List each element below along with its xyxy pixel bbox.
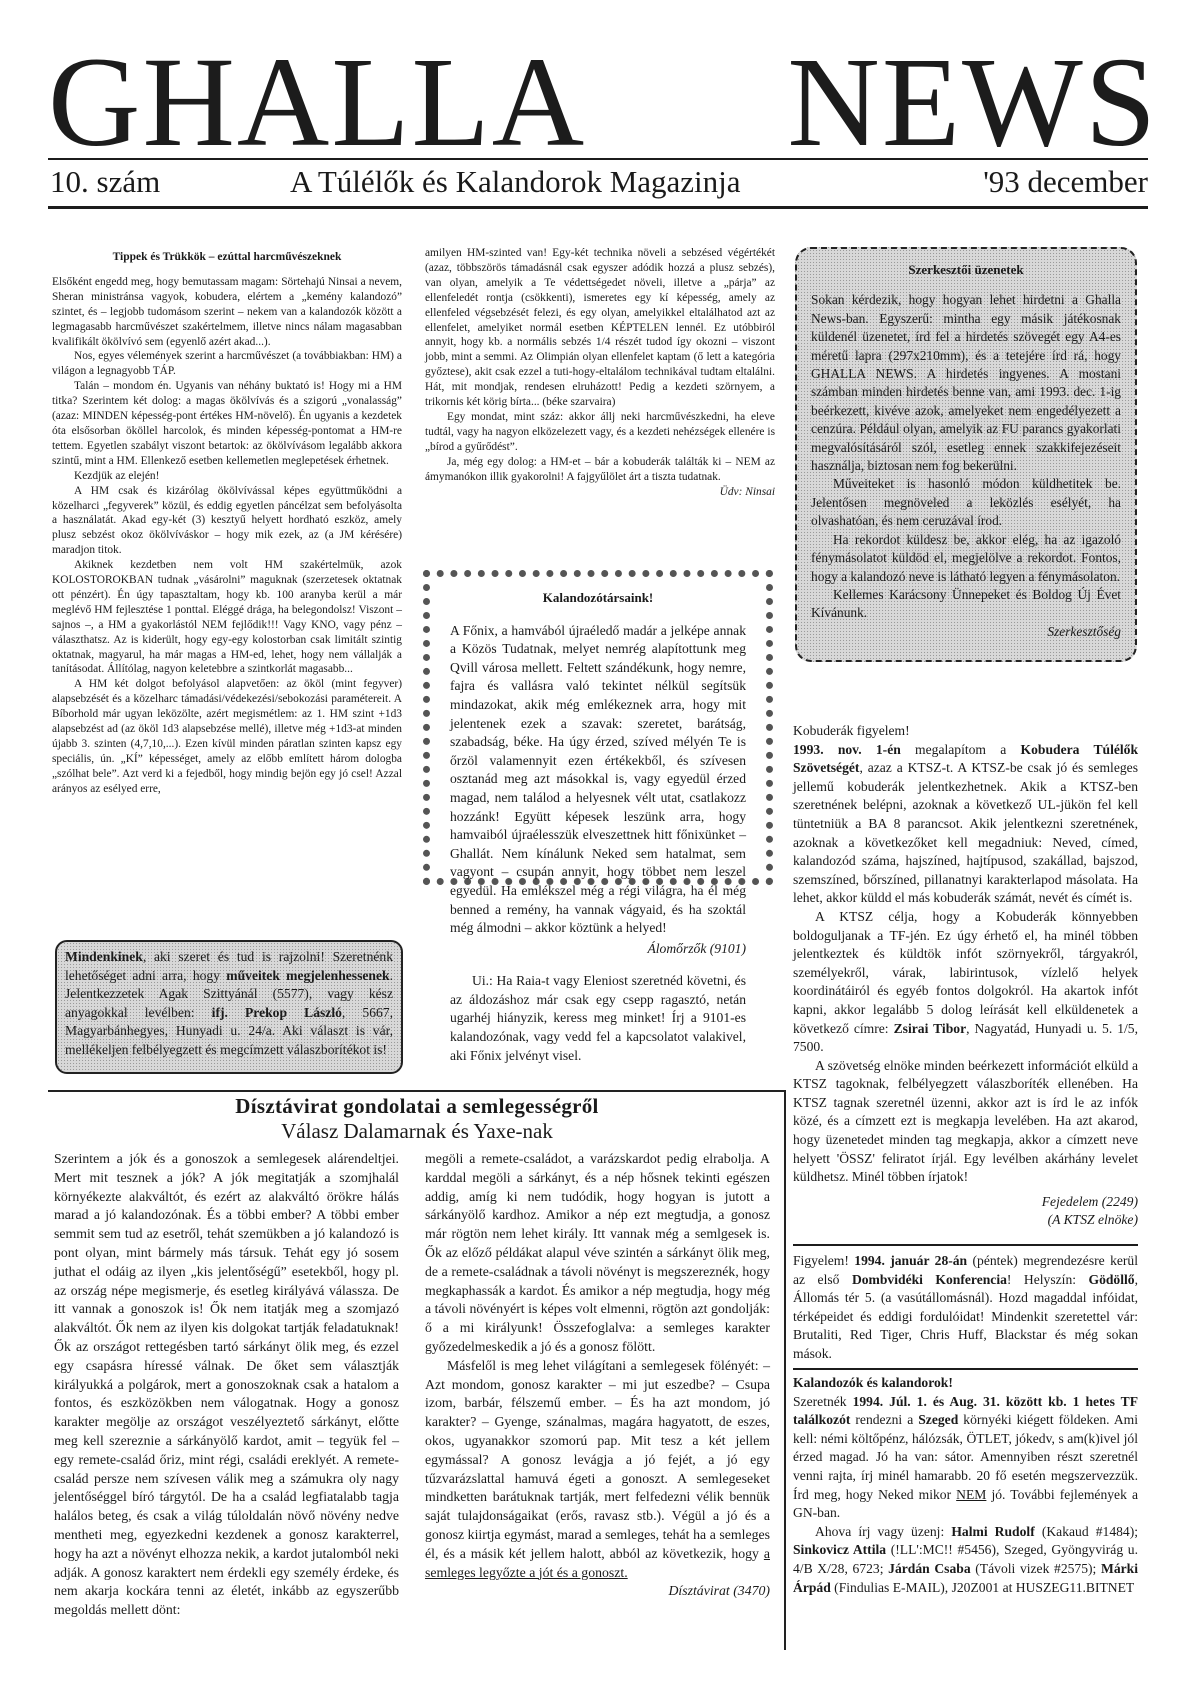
neutrality-paragraph: megöli a remete-családot, a varázskardot… [425,1150,770,1357]
tips-article: Tippek és Trükkök – ezúttal harcművészek… [52,250,402,797]
ktsz-date: 1993. nov. 1-én [793,742,901,757]
ktsz-paragraph: A KTSZ célja, hogy a Kobuderák könnyebbe… [793,908,1138,1057]
masthead-word-ghalla: GHALLA [48,42,586,162]
editorial-box: Szerkesztői üzenetek Sokan kérdezik, hog… [795,247,1137,662]
kalandozotarsaink-signature: Álomőrzők (9101) [450,940,746,959]
conference-text-part: Figyelem! [793,1253,854,1268]
neutrality-text: Másfelől is meg lehet világítani a semle… [425,1358,770,1561]
tips-paragraph: Talán – mondom én. Ugyanis van néhány bu… [52,379,402,468]
mindenkinek-contact-name: ifj. Prekop László [212,1005,342,1020]
divider [793,1244,1138,1246]
neutrality-subtitle: Válasz Dalamarnak és Yaxe-nak [48,1119,786,1144]
tips-paragraph: A HM csak és kizárólag ökölvívással képe… [52,484,402,559]
ktsz-text: megalapítom a [901,742,1021,757]
neutrality-right-column: megöli a remete-családot, a varázskardot… [425,1150,770,1601]
ktsz-article: Kobuderák figyelem! 1993. nov. 1-én mega… [793,722,1138,1230]
mindenkinek-bold: műveitek megjelenhessenek [226,968,389,983]
ktsz-paragraph: A szövetség elnöke minden beérkezett inf… [793,1057,1138,1187]
ktsz-text: , azaz a KTSZ-t. A KTSZ-be csak jó és se… [793,760,1138,905]
kalandozotarsaink-text: A Főnix, a hamvából újraéledő madár a je… [450,622,746,938]
editorial-paragraph: Kellemes Karácsony Ünnepeket és Boldog Ú… [811,586,1121,623]
editorial-paragraph: Műveiteket is hasonló módon küldhetitek … [811,475,1121,530]
kalandozotarsaink-postscript: Ui.: Ha Raia-t vagy Eleniost szeretnéd k… [450,972,746,1065]
conference-text: Figyelem! 1994. január 28-án (péntek) me… [793,1252,1138,1364]
neutrality-title: Dísztávirat gondolatai a semlegességről [48,1094,786,1119]
mindenkinek-lead: Mindenkinek [65,949,143,964]
meetup-text: Ahova írj vagy üzenj: [815,1524,951,1539]
tips-paragraph: Egy mondat, mint száz: akkor állj neki h… [425,410,775,455]
meetup-text: (Kakaud #1484); [1035,1524,1138,1539]
meetup-text: rendezni a [850,1412,918,1427]
meetup-notice: Kalandozók és kalandorok! Szeretnék 1994… [793,1374,1138,1597]
ktsz-signature-title: (A KTSZ elnöke) [793,1211,1138,1230]
tips-paragraph: A HM két dolgot befolyásol alapvetően: a… [52,677,402,796]
editorial-paragraph: Ha rekordot küldesz be, akkor elég, ha a… [811,531,1121,586]
conference-text-part: ! Helyszín: [1007,1272,1089,1287]
ktsz-intro: Kobuderák figyelem! [793,722,1138,741]
meetup-text: Szeretnék [793,1394,853,1409]
meetup-emphasis: NEM [956,1487,986,1502]
tips-signature: Üdv: Ninsai [425,485,775,500]
ktsz-signature: Fejedelem (2249) [793,1193,1138,1212]
tips-paragraph: Elsőként engedd meg, hogy bemutassam mag… [52,275,402,350]
masthead-rule-bottom [48,206,1148,209]
editorial-paragraph: Sokan kérdezik, hogy hogyan lehet hirdet… [811,291,1121,475]
conference-notice: Figyelem! 1994. január 28-án (péntek) me… [793,1252,1138,1364]
tips-paragraph: Ja, még egy dolog: a HM-et – bár a kobud… [425,455,775,485]
conference-location: Gödöllő [1089,1272,1135,1287]
ktsz-paragraph: 1993. nov. 1-én megalapítom a Kobudera T… [793,741,1138,908]
tips-heading: Tippek és Trükkök – ezúttal harcművészek… [52,250,402,265]
kalandozotarsaink-heading: Kalandozótársaink! [450,589,746,608]
issue-number: 10. szám [50,162,160,202]
editorial-heading: Szerkesztői üzenetek [811,261,1121,279]
meetup-heading: Kalandozók és kalandorok! [793,1374,1138,1393]
tips-paragraph: amilyen HM-szinted van! Egy-két technika… [425,246,775,410]
contact-name: Halmi Rudolf [951,1524,1034,1539]
neutrality-left-column: Szerintem a jók és a gonoszok a semleges… [54,1150,399,1620]
masthead-word-news: NEWS [787,42,1158,162]
issue-date: '93 december [983,162,1148,202]
ktsz-text: A KTSZ célja, hogy a Kobuderák könnyebbe… [793,909,1138,1036]
meetup-text: (Findulias E-MAIL), J20Z001 at HUSZEG11.… [831,1580,1134,1595]
tips-paragraph: Akiknek kezdetben nem volt HM szakértelm… [52,558,402,677]
tips-paragraph: Nos, egyes vélemények szerint a harcművé… [52,349,402,379]
ktsz-contact-name: Zsirai Tibor [894,1021,967,1036]
kalandozotarsaink-box: Kalandozótársaink! A Főnix, a hamvából ú… [423,570,773,885]
masthead-title: GHALLA NEWS [48,42,1158,162]
contact-name: Járdán Csaba [888,1561,970,1576]
divider [793,1368,1138,1370]
tagline: A Túlélők és Kalandorok Magazinja [290,162,741,202]
neutrality-signature: Dísztávirat (3470) [425,1582,770,1601]
mindenkinek-box: Mindenkinek, aki szeret és tud is rajzol… [55,940,403,1074]
meetup-paragraph: Szeretnék 1994. Júl. 1. és Aug. 31. közö… [793,1393,1138,1523]
neutrality-paragraph: Szerintem a jók és a gonoszok a semleges… [54,1150,399,1620]
conference-date: 1994. január 28-án [854,1253,967,1268]
meetup-contacts: Ahova írj vagy üzenj: Halmi Rudolf (Kaka… [793,1523,1138,1597]
neutrality-paragraph: Másfelől is meg lehet világítani a semle… [425,1357,770,1583]
meetup-text: (Távoli vizek #2575); [971,1561,1101,1576]
conference-name: Dombvidéki Konferencia [852,1272,1007,1287]
editorial-signature: Szerkesztőség [811,623,1121,641]
meetup-location: Szeged [918,1412,958,1427]
neutrality-article-header: Dísztávirat gondolatai a semlegességről … [48,1094,786,1144]
masthead-rule-top [48,158,1148,160]
tips-article-continued: amilyen HM-szinted van! Egy-két technika… [425,246,775,499]
contact-name: Sinkovicz Attila [793,1542,886,1557]
tips-paragraph: Kezdjük az elején! [52,469,402,484]
